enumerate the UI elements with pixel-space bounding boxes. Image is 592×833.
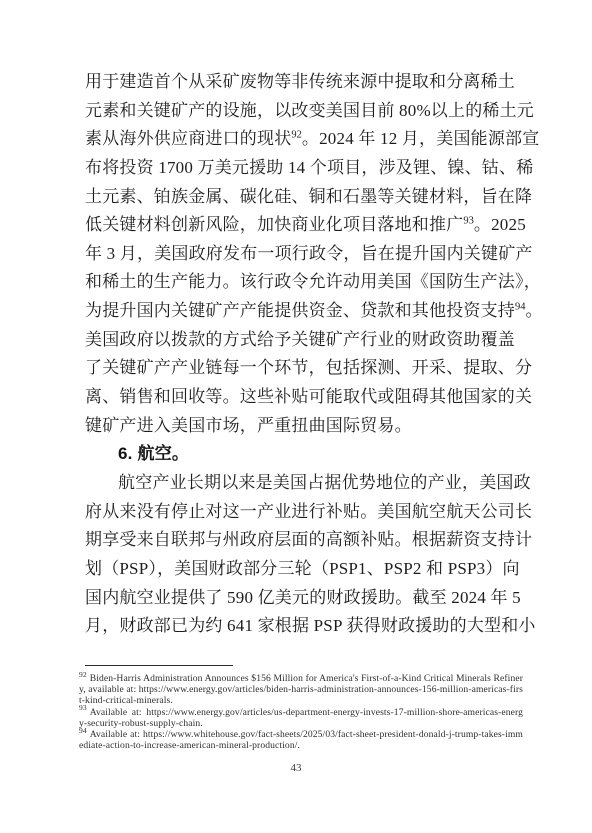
body-line: 键矿产进入美国市场，严重扭曲国际贸易。 (85, 412, 511, 441)
footnote-marker: 94 (79, 726, 87, 735)
section-heading: 6. 航空。 (85, 440, 511, 469)
footnote: 94Available at: https://www.whitehouse.g… (79, 729, 523, 751)
footnote-ref: 93 (463, 216, 474, 227)
body-line: 国内航空业提供了 590 亿美元的财政援助。截至 2024 年 5 (85, 584, 511, 613)
body-line: 航空产业长期以来是美国占据优势地位的产业，美国政 (85, 469, 511, 498)
body-line: 府从来没有停止对这一产业进行补贴。美国航空航天公司长 (85, 498, 511, 527)
body-line: 用于建造首个从采矿废物等非传统来源中提取和分离稀土 (85, 68, 511, 97)
body-line: 土元素、铂族金属、碳化硅、铜和石墨等关键材料，旨在降 (85, 183, 511, 212)
footnote-list: 92Biden-Harris Administration Announces … (79, 673, 523, 751)
footnote-text: Available at: https://www.whitehouse.gov… (79, 729, 523, 751)
body-line: 离、销售和回收等。这些补贴可能取代或阻碍其他国家的关 (85, 383, 511, 412)
body-line: 了关键矿产产业链每一个环节，包括探测、开采、提取、分 (85, 354, 511, 383)
footnote-marker: 93 (79, 703, 87, 712)
footnote: 92Biden-Harris Administration Announces … (79, 673, 523, 707)
page-number: 43 (0, 762, 592, 774)
footnote-ref: 94 (515, 301, 526, 312)
body-text: 用于建造首个从采矿废物等非传统来源中提取和分离稀土元素和关键矿产的设施，以改变美… (85, 68, 511, 641)
body-line: 期享受来自联邦与州政府层面的高额补贴。根据薪资支持计 (85, 526, 511, 555)
body-line: 元素和关键矿产的设施，以改变美国目前 80%以上的稀土元 (85, 97, 511, 126)
body-line: 素从海外供应商进口的现状92。2024 年 12 月，美国能源部宣 (85, 125, 511, 154)
footnote: 93Available at: https://www.energy.gov/a… (79, 707, 523, 729)
footnote-section: 92Biden-Harris Administration Announces … (79, 665, 523, 751)
footnote-text: Available at: https://www.energy.gov/art… (79, 707, 523, 729)
body-line: 月，财政部已为约 641 家根据 PSP 获得财政援助的大型和小 (85, 612, 511, 641)
body-line: 低关键材料创新风险，加快商业化项目落地和推广93。2025 (85, 211, 511, 240)
body-line: 美国政府以拨款的方式给予关键矿产行业的财政资助覆盖 (85, 326, 511, 355)
document-page: 用于建造首个从采矿废物等非传统来源中提取和分离稀土元素和关键矿产的设施，以改变美… (0, 0, 592, 833)
footnote-text: Biden-Harris Administration Announces $1… (79, 673, 523, 706)
body-line: 和稀土的生产能力。该行政令允许动用美国《国防生产法》， (85, 268, 511, 297)
body-line: 年 3 月，美国政府发布一项行政令，旨在提升国内关键矿产 (85, 240, 511, 269)
body-line: 为提升国内关键矿产产能提供资金、贷款和其他投资支持94。 (85, 297, 511, 326)
footnote-separator (85, 665, 233, 666)
footnote-marker: 92 (79, 670, 87, 679)
footnote-ref: 92 (291, 130, 302, 141)
body-line: 划（PSP），美国财政部分三轮（PSP1、PSP2 和 PSP3）向 (85, 555, 511, 584)
body-line: 布将投资 1700 万美元援助 14 个项目，涉及锂、镍、钴、稀 (85, 154, 511, 183)
